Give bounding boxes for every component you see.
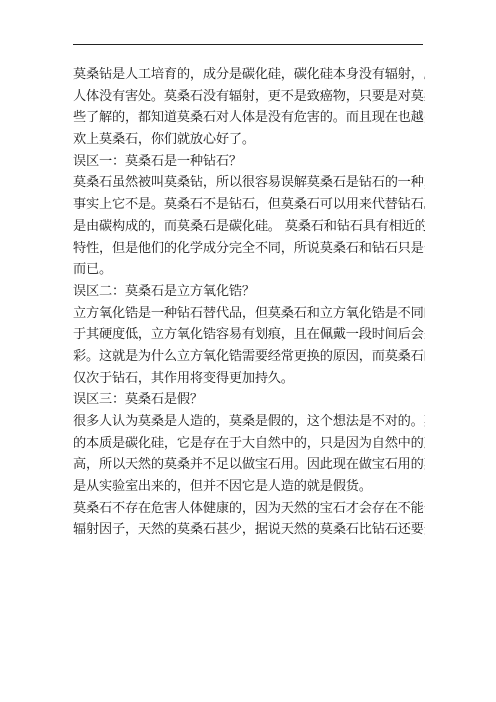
text-line: 莫桑石不存在危害人体健康的，因为天然的宝石才会存在不能去除的 <box>73 498 425 520</box>
text-line: 莫桑石虽然被叫莫桑钻，所以很容易误解莫桑石是钻石的一种，但是 <box>73 172 425 194</box>
section-heading-2: 误区二：莫桑石是立方氧化锆？ <box>73 281 425 303</box>
header-rule <box>73 44 423 45</box>
section-heading-1: 误区一：莫桑石是一种钻石？ <box>73 151 425 173</box>
text-line: 事实上它不是。莫桑石不是钻石，但莫桑石可以用来代替钻石。钻石 <box>73 194 425 216</box>
section-heading-3: 误区三：莫桑石是假？ <box>73 389 425 411</box>
text-line: 是由碳构成的，而莫桑石是碳化硅。 莫桑石和钻石具有相近的光学 <box>73 216 425 238</box>
text-line: 莫桑钻是人工培育的，成分是碳化硅，碳化硅本身没有辐射，所以对 <box>73 64 425 86</box>
text-line: 人体没有害处。莫桑石没有辐射，更不是致癌物，只要是对莫桑石有 <box>73 86 425 108</box>
text-line: 而已。 <box>73 259 425 281</box>
text-line: 些了解的，都知道莫桑石对人体是没有危害的。而且现在也越多人喜 <box>73 107 425 129</box>
text-line: 的本质是碳化硅，它是存在于大自然中的，只是因为自然中的产量不 <box>73 433 425 455</box>
document-body: 莫桑钻是人工培育的，成分是碳化硅，碳化硅本身没有辐射，所以对 人体没有害处。莫桑… <box>73 64 425 541</box>
text-line: 高，所以天然的莫桑并不足以做宝石用。因此现在做宝石用的莫桑都 <box>73 454 425 476</box>
text-line: 很多人认为莫桑是人造的，莫桑是假的，这个想法是不对的。莫桑石 <box>73 411 425 433</box>
text-line: 欢上莫桑石，你们就放心好了。 <box>73 129 425 151</box>
text-line: 辐射因子，天然的莫桑石甚少，据说天然的莫桑石比钻石还要贵，但 <box>73 519 425 541</box>
text-line: 特性，但是他们的化学成分完全不同，所说莫桑石和钻石只是长得像 <box>73 238 425 260</box>
text-line: 仅次于钻石，其作用将变得更加持久。 <box>73 368 425 390</box>
text-line: 于其硬度低，立方氧化锆容易有划痕，且在佩戴一段时间后会失去光 <box>73 324 425 346</box>
text-line: 立方氧化锆是一种钻石替代品，但莫桑石和立方氧化锆是不同的。由 <box>73 303 425 325</box>
text-line: 彩。这就是为什么立方氧化锆需要经常更换的原因，而莫桑石的硬度 <box>73 346 425 368</box>
text-line: 是从实验室出来的，但并不因它是人造的就是假货。 <box>73 476 425 498</box>
